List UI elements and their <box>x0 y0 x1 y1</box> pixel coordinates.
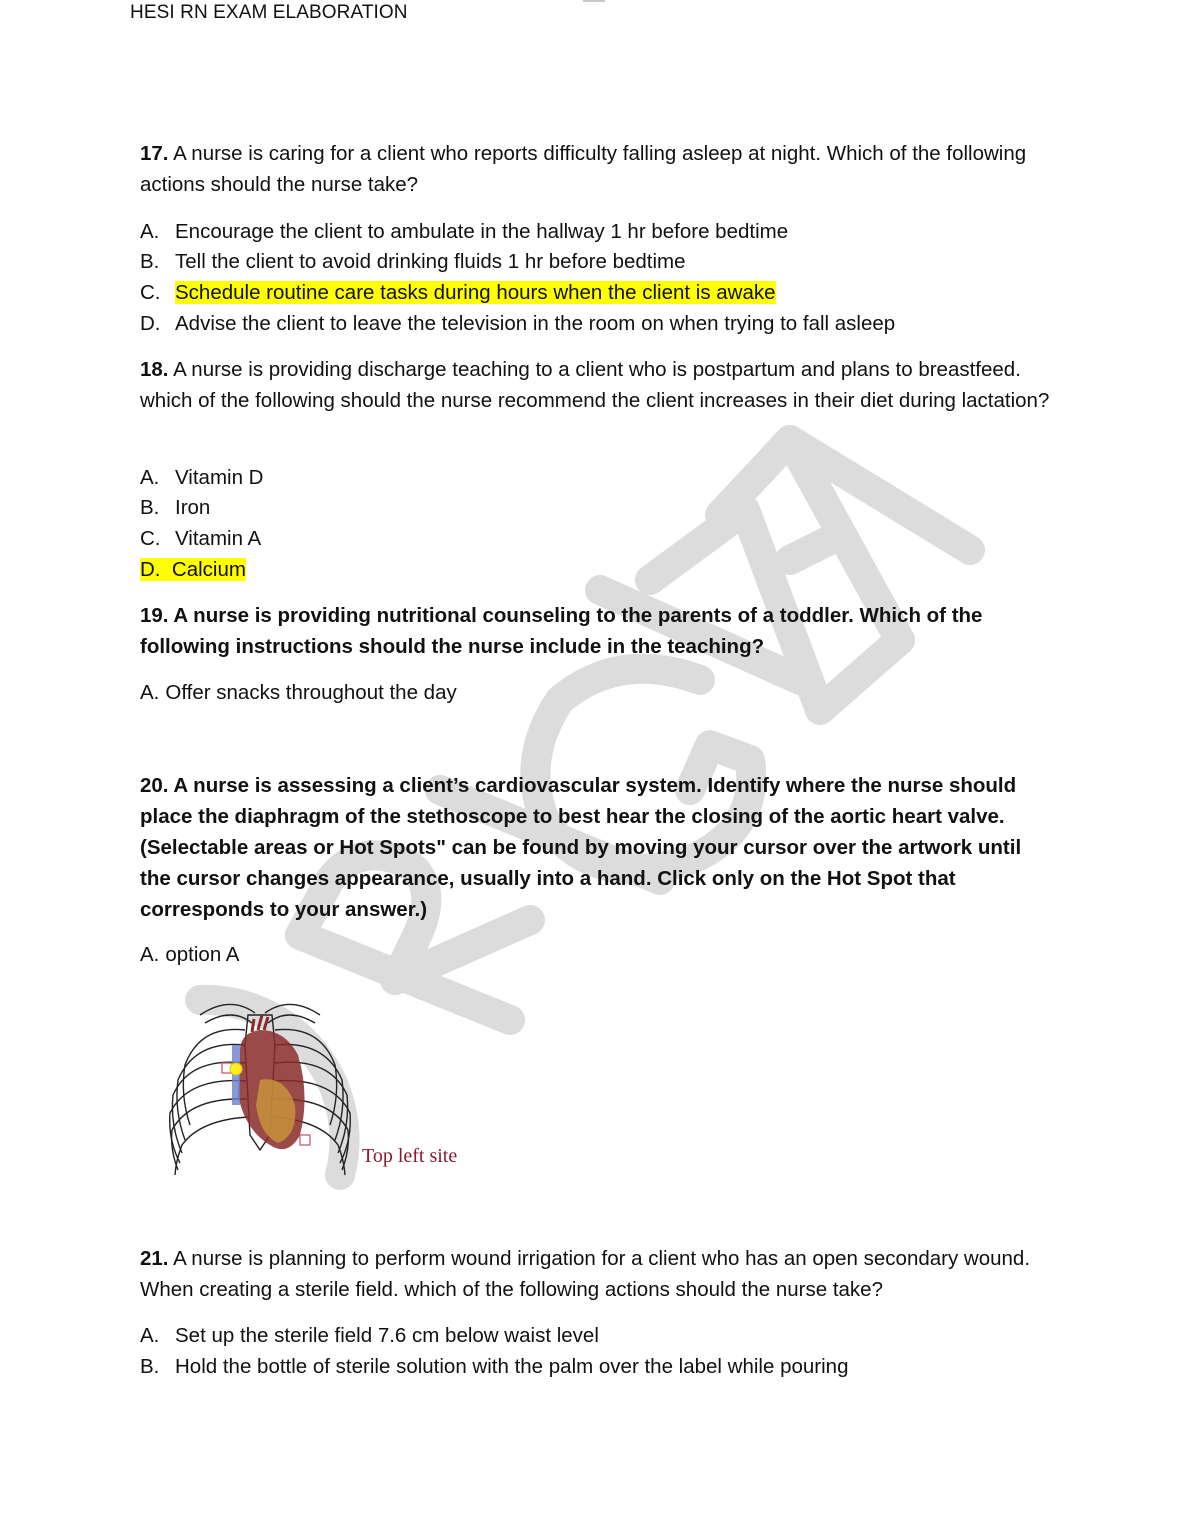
heart-hotspot-figure[interactable]: Top left site <box>160 985 470 1185</box>
question-21-option-b: B.Hold the bottle of sterile solution wi… <box>140 1351 848 1382</box>
question-19-option-a: A.Offer snacks throughout the day <box>140 677 457 708</box>
question-20-option-a: A.option A <box>140 939 239 970</box>
question-17-option-d: D.Advise the client to leave the televis… <box>140 308 895 339</box>
aortic-hotspot-marker <box>230 1063 242 1075</box>
question-20-stem: 20. A nurse is assessing a client’s card… <box>140 770 1055 925</box>
question-18-option-c: C.Vitamin A <box>140 523 261 554</box>
question-17-option-a: A.Encourage the client to ambulate in th… <box>140 216 788 247</box>
answer-highlight: Schedule routine care tasks during hours… <box>175 281 776 304</box>
question-18-option-b: B.Iron <box>140 492 210 523</box>
question-19-stem: 19. A nurse is providing nutritional cou… <box>140 600 1055 662</box>
figure-caption: Top left site <box>362 1145 457 1168</box>
question-18-option-d-answer: D. Calcium <box>140 554 246 585</box>
running-header: HESI RN EXAM ELABORATION <box>130 2 408 24</box>
question-17-stem: 17. A nurse is caring for a client who r… <box>140 138 1055 200</box>
question-21-stem: 21. A nurse is planning to perform wound… <box>140 1243 1055 1305</box>
question-17-option-b: B.Tell the client to avoid drinking flui… <box>140 246 686 277</box>
answer-highlight: D. Calcium <box>140 558 246 581</box>
question-21-option-a: A.Set up the sterile field 7.6 cm below … <box>140 1320 599 1351</box>
question-17-option-c-answer: C.Schedule routine care tasks during hou… <box>140 277 776 308</box>
question-18-option-a: A.Vitamin D <box>140 462 264 493</box>
header-mark <box>583 0 605 2</box>
question-18-stem: 18. A nurse is providing discharge teach… <box>140 354 1055 416</box>
ribcage-heart-illustration <box>160 985 360 1185</box>
